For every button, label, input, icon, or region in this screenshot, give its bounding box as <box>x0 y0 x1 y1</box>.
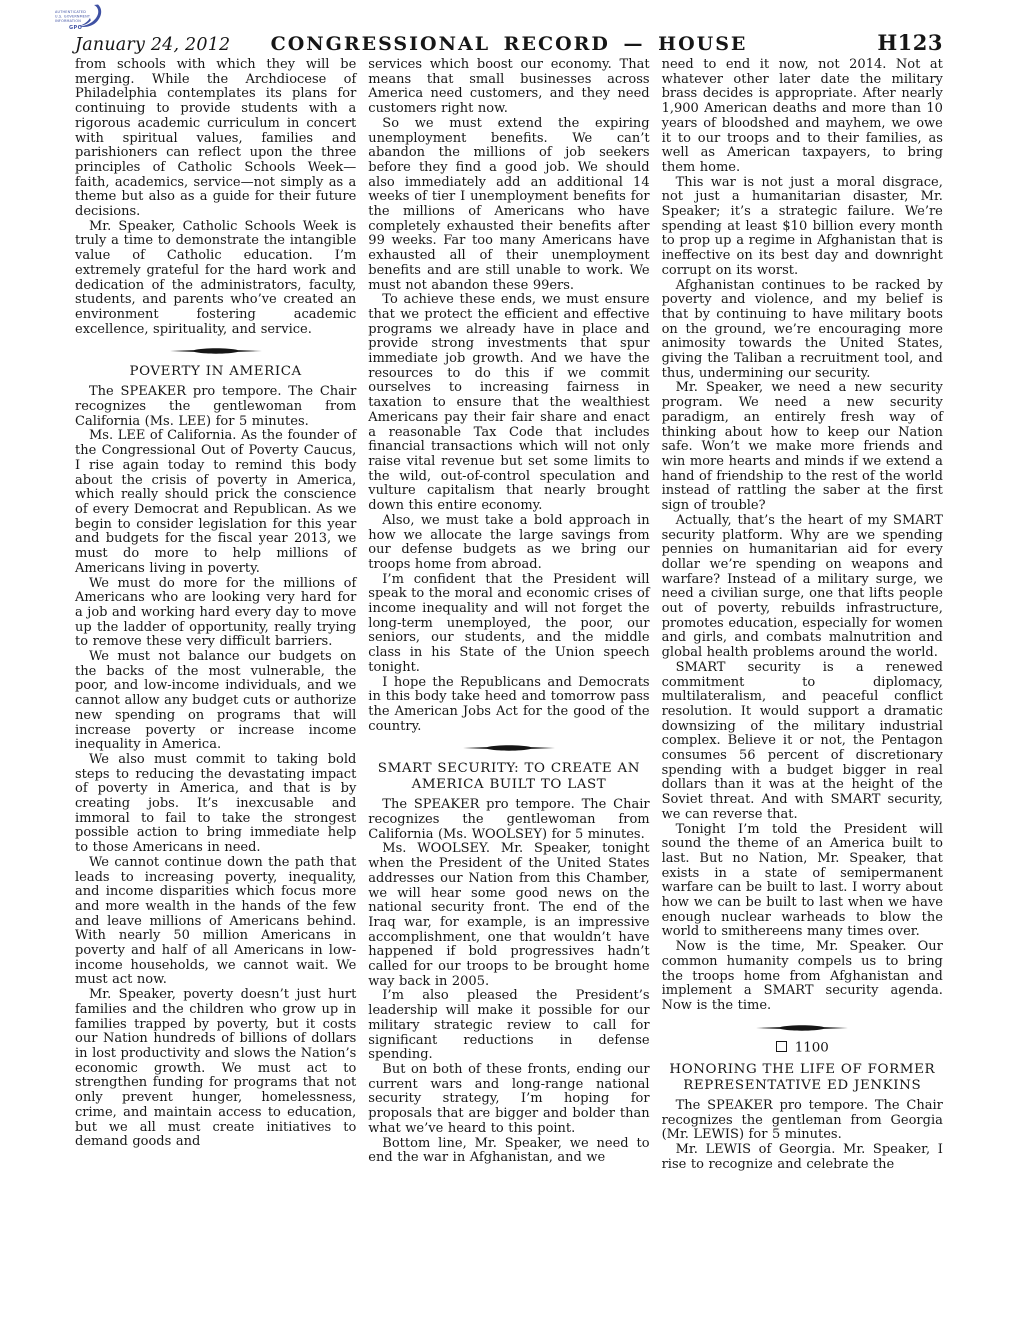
paragraph: Mr. Speaker, we need a new security prog… <box>662 381 943 513</box>
page-number: H123 <box>747 30 943 55</box>
time-marker-text: 1100 <box>795 1040 829 1055</box>
paragraph: I’m also pleased the President’s leaders… <box>368 989 649 1063</box>
paragraph: So we must extend the expiring unemploym… <box>368 117 649 293</box>
paragraph: But on both of these fronts, ending our … <box>368 1063 649 1137</box>
paragraph: services which boost our economy. That m… <box>368 58 649 117</box>
time-marker: 1100 <box>662 1041 943 1056</box>
paragraph: Mr. Speaker, poverty doesn’t just hurt f… <box>75 988 356 1150</box>
masthead-title: CONGRESSIONAL RECORD — HOUSE <box>271 33 748 55</box>
paragraph: We must not balance our budgets on the b… <box>75 650 356 753</box>
column-1: from schools with which they will be mer… <box>75 58 356 1150</box>
swelled-rule-icon <box>170 348 262 354</box>
swelled-rule-icon <box>756 1025 848 1031</box>
section-heading: HONORING THE LIFE OF FORMER REPRESENTATI… <box>668 1062 937 1094</box>
section-divider <box>662 1025 943 1031</box>
square-bullet-icon <box>776 1041 787 1052</box>
paragraph: Mr. Speaker, Catholic Schools Week is tr… <box>75 220 356 338</box>
paragraph: I’m confident that the President will sp… <box>368 573 649 676</box>
paragraph: Ms. WOOLSEY. Mr. Speaker, tonight when t… <box>368 842 649 989</box>
paragraph: from schools with which they will be mer… <box>75 58 356 220</box>
paragraph: Tonight I’m told the President will soun… <box>662 823 943 941</box>
section-heading: SMART SECURITY: TO CREATE AN AMERICA BUI… <box>374 761 643 793</box>
paragraph: I hope the Republicans and Democrats in … <box>368 676 649 735</box>
swelled-rule-icon <box>463 745 555 751</box>
logo-line-3: INFORMATION <box>55 19 81 23</box>
paragraph: SMART security is a renewed commitment t… <box>662 661 943 823</box>
logo-line-2: U.S. GOVERNMENT <box>55 15 91 19</box>
paragraph: Also, we must take a bold approach in ho… <box>368 514 649 573</box>
paragraph: We cannot continue down the path that le… <box>75 856 356 988</box>
column-2: services which boost our economy. That m… <box>368 58 649 1166</box>
paragraph: The SPEAKER pro tempore. The Chair recog… <box>368 798 649 842</box>
paragraph: Actually, that’s the heart of my SMART s… <box>662 514 943 661</box>
paragraph: need to end it now, not 2014. Not at wha… <box>662 58 943 176</box>
logo-line-1: AUTHENTICATED <box>55 10 86 14</box>
page-header: January 24, 2012 CONGRESSIONAL RECORD — … <box>75 30 943 55</box>
section-divider <box>368 745 649 751</box>
paragraph: This war is not just a moral disgrace, n… <box>662 176 943 279</box>
paragraph: We also must commit to taking bold steps… <box>75 753 356 856</box>
section-heading: POVERTY IN AMERICA <box>81 364 350 380</box>
congressional-record-page: AUTHENTICATED U.S. GOVERNMENT INFORMATIO… <box>0 0 1020 1320</box>
paragraph: The SPEAKER pro tempore. The Chair recog… <box>662 1099 943 1143</box>
paragraph: We must do more for the millions of Amer… <box>75 577 356 651</box>
paragraph: Ms. LEE of California. As the founder of… <box>75 429 356 576</box>
paragraph: The SPEAKER pro tempore. The Chair recog… <box>75 385 356 429</box>
issue-date: January 24, 2012 <box>75 35 271 55</box>
paragraph: Now is the time, Mr. Speaker. Our common… <box>662 940 943 1014</box>
paragraph: Mr. LEWIS of Georgia. Mr. Speaker, I ris… <box>662 1143 943 1172</box>
paragraph: Bottom line, Mr. Speaker, we need to end… <box>368 1137 649 1166</box>
column-3: need to end it now, not 2014. Not at wha… <box>662 58 943 1172</box>
paragraph: To achieve these ends, we must ensure th… <box>368 293 649 514</box>
paragraph: Afghanistan continues to be racked by po… <box>662 279 943 382</box>
section-divider <box>75 348 356 354</box>
text-columns: from schools with which they will be mer… <box>75 58 943 1172</box>
